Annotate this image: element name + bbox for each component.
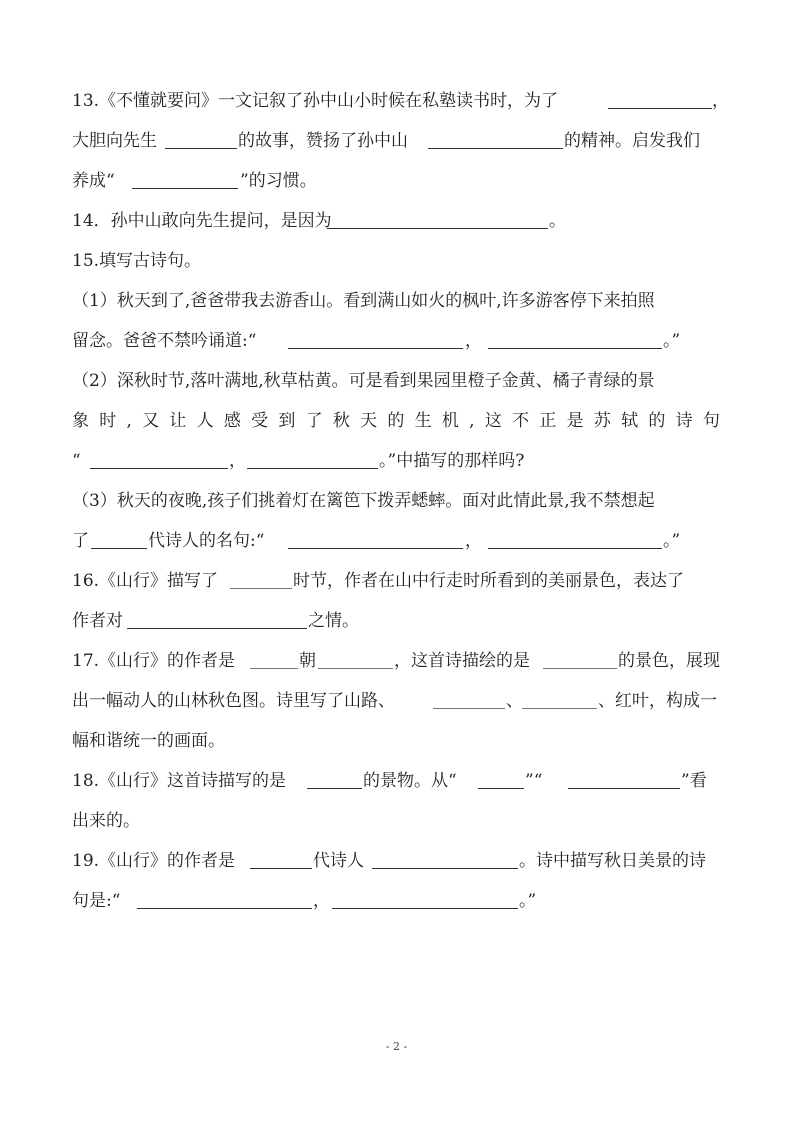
question-line: 14．孙中山敢向先生提问，是因为。 — [0, 206, 793, 236]
question-text: 养成“ — [72, 166, 115, 196]
question-text: ， — [712, 86, 729, 116]
text-char: 机 — [442, 406, 459, 436]
text-char: 句 — [703, 406, 720, 436]
question-text: 。诗中描写秋日美景的诗 — [519, 846, 706, 876]
question-text: ， — [465, 526, 482, 556]
question-line: 18.《山行》这首诗描写的是的景物。从“”“”看 — [0, 766, 793, 796]
answer-blank[interactable] — [332, 908, 518, 909]
question-text: 。 — [549, 206, 566, 236]
answer-blank[interactable] — [608, 108, 712, 109]
question-text: 朝 — [299, 646, 316, 676]
question-text: 。”中描写的那样吗? — [379, 446, 524, 476]
answer-blank[interactable] — [478, 788, 524, 789]
text-char: 天 — [360, 406, 377, 436]
question-text: （2）深秋时节,落叶满地,秋草枯黄。可是看到果园里橙子金黄、橘子青绿的景 — [72, 366, 655, 396]
answer-blank[interactable] — [165, 148, 237, 149]
question-line: 句是:“，。” — [0, 886, 793, 916]
answer-blank[interactable] — [127, 628, 307, 629]
question-line: 19.《山行》的作者是代诗人。诗中描写秋日美景的诗 — [0, 846, 793, 876]
answer-blank[interactable] — [247, 468, 378, 469]
text-char: 的 — [648, 406, 665, 436]
text-char: 又 — [142, 406, 159, 436]
text-char: 到 — [278, 406, 295, 436]
answer-blank[interactable] — [90, 468, 228, 469]
question-text: 时节，作者在山中行走时所看到的美丽景色，表达了 — [293, 566, 684, 596]
answer-blank[interactable] — [230, 588, 292, 589]
text-char: 轼 — [621, 406, 638, 436]
question-line: 大胆向先生的故事，赞扬了孙中山的精神。启发我们 — [0, 126, 793, 156]
question-line: 象时,又让人感受到了秋天的生机,这不正是苏轼的诗句 — [0, 406, 793, 436]
question-text: “ — [72, 446, 81, 476]
question-line: 养成“”的习惯。 — [0, 166, 793, 196]
question-text: 留念。爸爸不禁吟诵道:“ — [72, 326, 256, 356]
question-text: ”的习惯。 — [240, 166, 317, 196]
question-text: 、 — [506, 686, 523, 716]
text-char: 不 — [512, 406, 529, 436]
page-number: - 2 - — [0, 1040, 793, 1053]
answer-blank[interactable] — [288, 348, 463, 349]
question-line: 17.《山行》的作者是朝，这首诗描绘的是的景色，展现 — [0, 646, 793, 676]
question-text: 18.《山行》这首诗描写的是 — [72, 766, 286, 796]
question-text: 的精神。启发我们 — [564, 126, 700, 156]
question-line: （2）深秋时节,落叶满地,秋草枯黄。可是看到果园里橙子金黄、橘子青绿的景 — [0, 366, 793, 396]
text-char: 诗 — [676, 406, 693, 436]
question-line: （1）秋天到了,爸爸带我去游香山。看到满山如火的枫叶,许多游客停下来拍照 — [0, 286, 793, 316]
answer-blank[interactable] — [488, 348, 662, 349]
question-text: 的景色，展现 — [618, 646, 720, 676]
question-text: ， — [465, 326, 482, 356]
question-text: 了 — [72, 526, 89, 556]
text-char: 象 — [72, 406, 89, 436]
text-char: 生 — [415, 406, 432, 436]
answer-blank[interactable] — [543, 668, 617, 669]
question-line: （3）秋天的夜晚,孩子们挑着灯在篱笆下拨弄蟋蟀。面对此情此景,我不禁想起 — [0, 486, 793, 516]
text-char: 苏 — [594, 406, 611, 436]
question-text: 代诗人的名句:“ — [148, 526, 264, 556]
answer-blank[interactable] — [522, 708, 597, 709]
text-char: , — [127, 406, 132, 436]
question-text: ，这首诗描绘的是 — [394, 646, 530, 676]
question-line: 出一幅动人的山林秋色图。诗里写了山路、、、红叶，构成一 — [0, 686, 793, 716]
question-line: 作者对之情。 — [0, 606, 793, 636]
question-line: “，。”中描写的那样吗? — [0, 446, 793, 476]
question-text: 。” — [663, 526, 680, 556]
question-text: 幅和谐统一的画面。 — [72, 726, 225, 756]
justified-text: 象时,又让人感受到了秋天的生机,这不正是苏轼的诗句 — [72, 406, 720, 436]
question-text: 13.《不懂就要问》一文记叙了孙中山小时候在私塾读书时，为了 — [72, 86, 558, 116]
question-text: 代诗人 — [313, 846, 364, 876]
question-text: 15.填写古诗句。 — [72, 246, 201, 276]
answer-blank[interactable] — [428, 148, 563, 149]
question-text: 17.《山行》的作者是 — [72, 646, 235, 676]
answer-blank[interactable] — [250, 868, 312, 869]
answer-blank[interactable] — [288, 548, 463, 549]
answer-blank[interactable] — [250, 668, 298, 669]
answer-blank[interactable] — [137, 908, 312, 909]
question-text: 作者对 — [72, 606, 123, 636]
question-text: （1）秋天到了,爸爸带我去游香山。看到满山如火的枫叶,许多游客停下来拍照 — [72, 286, 655, 316]
question-line: 13.《不懂就要问》一文记叙了孙中山小时候在私塾读书时，为了， — [0, 86, 793, 116]
question-text: ， — [229, 446, 246, 476]
question-text: ， — [313, 886, 330, 916]
answer-blank[interactable] — [91, 548, 147, 549]
text-char: 的 — [387, 406, 404, 436]
answer-blank[interactable] — [433, 708, 505, 709]
question-text: 之情。 — [308, 606, 359, 636]
question-line: 16.《山行》描写了时节，作者在山中行走时所看到的美丽景色，表达了 — [0, 566, 793, 596]
question-text: 14．孙中山敢向先生提问，是因为 — [72, 206, 332, 236]
question-text: 的故事，赞扬了孙中山 — [238, 126, 408, 156]
text-char: 秋 — [333, 406, 350, 436]
text-char: 时 — [99, 406, 116, 436]
text-char: , — [469, 406, 474, 436]
answer-blank[interactable] — [318, 668, 393, 669]
text-char: 是 — [567, 406, 584, 436]
question-line: 15.填写古诗句。 — [0, 246, 793, 276]
question-line: 了代诗人的名句:“，。” — [0, 526, 793, 556]
text-char: 人 — [197, 406, 214, 436]
question-text: ”看 — [681, 766, 707, 796]
text-char: 受 — [251, 406, 268, 436]
answer-blank[interactable] — [132, 188, 238, 189]
text-char: 感 — [224, 406, 241, 436]
question-text: 、红叶，构成一 — [598, 686, 717, 716]
text-char: 让 — [169, 406, 186, 436]
answer-blank[interactable] — [488, 548, 662, 549]
question-line: 留念。爸爸不禁吟诵道:“，。” — [0, 326, 793, 356]
question-text: 。” — [663, 326, 680, 356]
question-text: （3）秋天的夜晚,孩子们挑着灯在篱笆下拨弄蟋蟀。面对此情此景,我不禁想起 — [72, 486, 655, 516]
question-text: ”“ — [525, 766, 542, 796]
text-char: 这 — [485, 406, 502, 436]
question-text: 大胆向先生 — [72, 126, 157, 156]
question-text: 19.《山行》的作者是 — [72, 846, 235, 876]
question-line: 出来的。 — [0, 806, 793, 836]
question-text: 句是:“ — [72, 886, 120, 916]
question-line: 幅和谐统一的画面。 — [0, 726, 793, 756]
question-text: 的景物。从“ — [363, 766, 457, 796]
answer-blank[interactable] — [372, 868, 518, 869]
answer-blank[interactable] — [568, 788, 680, 789]
answer-blank[interactable] — [307, 788, 362, 789]
question-text: 出来的。 — [72, 806, 140, 836]
text-char: 了 — [306, 406, 323, 436]
question-text: 出一幅动人的山林秋色图。诗里写了山路、 — [72, 686, 395, 716]
answer-blank[interactable] — [327, 228, 548, 229]
question-text: 16.《山行》描写了 — [72, 566, 218, 596]
question-text: 。” — [519, 886, 536, 916]
text-char: 正 — [539, 406, 556, 436]
